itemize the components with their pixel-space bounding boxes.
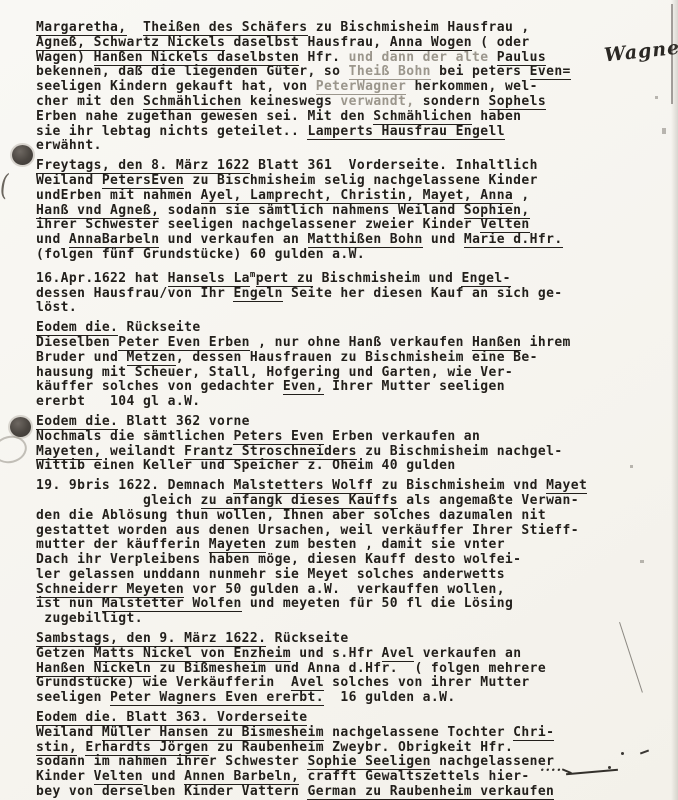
text-segment: Marie d.Hfr. <box>464 232 563 248</box>
text-segment: Eodem die. <box>36 414 118 430</box>
text-segment: Bruder und <box>36 350 127 365</box>
text-line: Eodem die. Rückseite <box>36 321 672 336</box>
text-line: Kinder Velten und Annen Barbeln, crafft … <box>36 770 672 785</box>
text-segment: Frantz Stroschneiders <box>184 444 357 460</box>
text-segment: Weiland <box>36 173 102 188</box>
text-segment: 19. 9bris 1622. Demnach <box>36 478 233 493</box>
text-segment: sie ihr lebtag nichts geteilet.. <box>36 124 307 139</box>
text-segment: Engeln <box>233 286 282 302</box>
text-line: den die Ablösung thun wollen, Ihnen aber… <box>36 509 672 524</box>
text-segment: Wittib einen Keller und Speicher z. Ohei… <box>36 458 456 473</box>
text-segment: ( oder <box>472 35 530 50</box>
text-segment: Even= <box>530 64 571 80</box>
text-segment: erwähnt. <box>36 138 102 153</box>
text-segment: und <box>423 232 464 247</box>
text-segment: Seite her diesen Kauf an sich ge- <box>283 286 563 301</box>
text-line: sie ihr lebtag nichts geteilet.. Lampert… <box>36 125 672 140</box>
text-segment: Velten <box>480 217 529 233</box>
text-segment: (folgen fünf Grundstücke) 60 gulden a.W. <box>36 247 365 262</box>
text-segment: Wagen) <box>36 50 94 65</box>
text-segment: Peters Even <box>233 429 324 445</box>
text-segment: haben <box>472 109 521 124</box>
text-line: Mayeten, weilandt Frantz Stroschneiders … <box>36 445 672 460</box>
text-segment <box>127 20 143 35</box>
text-segment: , nur ohne Hanß verkaufen <box>250 335 472 350</box>
pencil-circle-mark <box>0 432 30 466</box>
text-segment: Metzen <box>127 350 176 366</box>
text-segment: Dieselben <box>36 335 118 350</box>
text-segment: sondern <box>414 94 488 109</box>
text-segment: Hanßen Nickeln <box>36 661 151 677</box>
text-segment: Blatt 361 Vorderseite. Inhaltlich <box>250 158 538 173</box>
text-segment: gleich <box>36 493 201 508</box>
text-segment: zum besten , damit sie vnter <box>266 537 505 552</box>
text-line: undErben mit nahmen Ayel, Lamprecht, Chr… <box>36 189 672 204</box>
text-segment: Paulus <box>497 50 546 66</box>
paragraph: Margaretha, Theißen des Schäfers zu Bisc… <box>36 21 672 154</box>
text-line: und AnnaBarbeln und verkaufen an Matthiß… <box>36 233 672 248</box>
text-line: Freytags, den 8. März 1622 Blatt 361 Vor… <box>36 159 672 174</box>
text-line: Grundstücke) wie Verkäufferin Avel solch… <box>36 676 672 691</box>
text-segment: Mayeten, <box>36 444 102 460</box>
text-line: (folgen fünf Grundstücke) 60 gulden a.W. <box>36 248 672 263</box>
text-line: Margaretha, Theißen des Schäfers zu Bisc… <box>36 21 672 36</box>
text-segment: Agneß, Schwartz Nickels <box>36 35 225 51</box>
text-segment: , <box>513 188 529 203</box>
text-segment: seeligen <box>36 690 110 705</box>
text-line: Eodem die. Blatt 362 vorne <box>36 415 672 430</box>
document-page: Wagner ( .... Margaretha, Theißen des Sc… <box>0 0 678 800</box>
text-line: seeligen Kindern gekauft hat, von PeterW… <box>36 80 672 95</box>
text-line: ererbt 104 gl a.W. <box>36 395 672 410</box>
text-line: sodann im nahmen ihrer Schwester Sophie … <box>36 755 672 770</box>
paragraph: Sambstags, den 9. März 1622. RückseiteGe… <box>36 632 672 706</box>
text-segment: Theißen des Schäfers <box>143 20 308 36</box>
text-segment: seeligen Kindern gekauft hat, von <box>36 79 316 94</box>
paragraph: Eodem die. RückseiteDieselben Peter Even… <box>36 321 672 410</box>
text-segment: und <box>36 232 69 247</box>
text-segment: Sambstags, den 9. März 1622. <box>36 631 266 647</box>
text-segment: Ayel, Lamprecht, Christin, Mayet, Anna <box>201 188 514 204</box>
text-segment: 16 gulden a.W. <box>324 690 456 705</box>
text-segment: ler gelassen unddann nunmehr sie Meyet s… <box>36 567 505 582</box>
text-segment: und verkaufen an <box>159 232 307 247</box>
text-line: mutter der käufferin Mayeten zum besten … <box>36 538 672 553</box>
paragraph: 19. 9bris 1622. Demnach Malstetters Wolf… <box>36 479 672 627</box>
text-segment: verkaufen an <box>414 646 521 661</box>
text-segment: Velten <box>94 769 143 785</box>
text-segment: vor 50 gulden a.W. verkauffen wollen, <box>184 582 505 597</box>
text-segment: zu Bischmisheim selig nachgelassene Kind… <box>184 173 538 188</box>
text-segment: nachgelassene Tochter <box>324 725 513 740</box>
text-line: ist nun Malstetter Wolfen und meyeten fü… <box>36 597 672 612</box>
paragraph: 16.Apr.1622 hat Hansels Lampert zu Bisch… <box>36 268 672 316</box>
text-segment: Müller Hansen zu Bismesheim <box>102 725 324 741</box>
text-line: erwähnt. <box>36 139 672 154</box>
text-segment: nachgelassener <box>431 754 554 769</box>
text-line: Nochmals die sämtlichen Peters Even Erbe… <box>36 430 672 445</box>
text-segment: zugebilligt. <box>36 611 143 626</box>
text-segment: hausung mit Scheuer, Stall, Hofgering un… <box>36 365 513 380</box>
text-segment: käuffer solches von gedachter <box>36 379 283 394</box>
text-segment: als angemaßte Verwan- <box>398 493 579 508</box>
text-line: Schneiderr Meyeten vor 50 gulden a.W. ve… <box>36 583 672 598</box>
text-segment: weilandt <box>102 444 184 459</box>
text-line: gestattet worden aus denen Ursachen, wei… <box>36 524 672 539</box>
text-segment: verwandt, <box>340 94 414 109</box>
text-segment: German zu Raubenheim verkaufen <box>307 784 554 800</box>
handwritten-paren-mark: ( <box>0 170 9 203</box>
text-segment: und s.Hfr <box>291 646 382 661</box>
text-segment: zu Bischmisheim vnd <box>373 478 546 493</box>
text-block: Margaretha, Theißen des Schäfers zu Bisc… <box>36 21 672 800</box>
text-segment: Mayeten <box>209 537 267 553</box>
text-line: cher mit den Schmählichen keineswegs ver… <box>36 95 672 110</box>
text-segment: undErben mit nahmen <box>36 188 201 203</box>
text-segment: Avel <box>382 646 415 662</box>
text-line: seeligen Peter Wagners Even ererbt. 16 g… <box>36 691 672 706</box>
text-segment: zu Bißmesheim und Anna d.Hfr. ( folgen m… <box>151 661 546 676</box>
text-segment: dessen Hausfrau/von Ihr <box>36 286 233 301</box>
text-line: gleich zu anfangk dieses Kauffs als ange… <box>36 494 672 509</box>
text-segment: ererbt 104 gl a.W. <box>36 394 201 409</box>
text-segment: Erben verkaufen an <box>324 429 480 444</box>
text-segment: keineswegs <box>242 94 341 109</box>
text-segment: Erben nahe zugethan gewesen sei. Mit den <box>36 109 373 124</box>
text-segment: Getzen <box>36 646 94 661</box>
text-segment: Engel- <box>461 271 510 287</box>
text-line: Hanßen Nickeln zu Bißmesheim und Anna d.… <box>36 662 672 677</box>
text-line: Weiland Müller Hansen zu Bismesheim nach… <box>36 726 672 741</box>
text-segment: Hansels La <box>168 271 250 287</box>
text-line: käuffer solches von gedachter Even, Ihre… <box>36 380 672 395</box>
text-segment: Peter Wagners Even ererbt. <box>110 690 324 706</box>
text-segment: Rückseite <box>266 631 348 646</box>
text-segment: gestattet worden aus denen Ursachen, wei… <box>36 523 579 538</box>
text-segment: Malstetter Wolfen <box>102 596 242 612</box>
text-segment: und dann der alte <box>349 50 497 65</box>
text-segment: den die Ablösung thun wollen, Ihnen aber… <box>36 508 546 523</box>
text-line: ler gelassen unddann nunmehr sie Meyet s… <box>36 568 672 583</box>
text-line: Wittib einen Keller und Speicher z. Ohei… <box>36 459 672 474</box>
text-segment: sodann sie sämtlich nahmens Weiland <box>159 203 463 218</box>
text-segment: löst. <box>36 300 77 315</box>
text-segment: Eodem die. Blatt 363. Vorderseite <box>36 710 307 726</box>
text-line: Dach ihr Verpleibens haben möge, diesen … <box>36 553 672 568</box>
text-segment: Rückseite <box>118 320 200 335</box>
text-line: löst. <box>36 301 672 316</box>
text-segment: zu anfangk dieses Kauffs <box>201 493 398 509</box>
text-line: Sambstags, den 9. März 1622. Rückseite <box>36 632 672 647</box>
text-segment: Grundstücke) wie Verkäufferin <box>36 675 291 690</box>
text-segment: Freytags, den 8. März 1622 <box>36 158 250 174</box>
text-line: Hanß vnd Agneß, sodann sie sämtlich nahm… <box>36 204 672 219</box>
paragraph: Eodem die. Blatt 362 vorneNochmals die s… <box>36 415 672 474</box>
text-segment: Matthißen Bohn <box>308 232 423 248</box>
text-segment: mutter der käufferin <box>36 537 209 552</box>
text-line: hausung mit Scheuer, Stall, Hofgering un… <box>36 366 672 381</box>
text-segment: herkommen, wel- <box>406 79 538 94</box>
text-segment: Hanß vnd Agneß, <box>36 203 159 219</box>
text-segment: Bischmisheim und <box>313 271 461 286</box>
text-segment: sodann im nahmen ihrer Schwester <box>36 754 307 769</box>
text-segment: Erhardts Jörgen <box>85 740 208 756</box>
text-segment: bey von derselben Kinder Vattern <box>36 784 307 799</box>
text-segment: Malstetters Wolff <box>233 478 373 494</box>
text-line: zugebilligt. <box>36 612 672 627</box>
text-segment: ihrem <box>521 335 570 350</box>
text-segment: solches von ihrer Mutter <box>324 675 530 690</box>
text-segment: Schneiderr Meyeten <box>36 582 184 598</box>
text-line: 19. 9bris 1622. Demnach Malstetters Wolf… <box>36 479 672 494</box>
text-line: 16.Apr.1622 hat Hansels Lampert zu Bisch… <box>36 268 672 287</box>
text-segment: ist nun <box>36 596 102 611</box>
paragraph: Eodem die. Blatt 363. VorderseiteWeiland… <box>36 711 672 800</box>
text-line: Bruder und Metzen, dessen Hausfrauen zu … <box>36 351 672 366</box>
text-segment: Ihrer Mutter seeligen <box>324 379 505 394</box>
text-segment: Hanßen <box>472 335 521 351</box>
text-segment: Kinder <box>36 769 94 784</box>
text-segment: PetersEven <box>102 173 184 189</box>
text-segment: Hfr. <box>299 50 348 65</box>
text-segment: bekennen, daß die liegenden Güter, so <box>36 64 349 79</box>
text-segment: und meyeten für 50 fl die Lösing <box>242 596 513 611</box>
text-segment: Sophien, <box>464 203 530 219</box>
text-segment: Schmählichen <box>373 109 472 125</box>
text-segment: zu Bischmisheim nachgel- <box>357 444 563 459</box>
text-line: Agneß, Schwartz Nickels daselbst Hausfra… <box>36 36 672 51</box>
text-line: Erben nahe zugethan gewesen sei. Mit den… <box>36 110 672 125</box>
text-segment: Sophie Seeligen <box>307 754 430 770</box>
text-segment: stin, <box>36 740 77 756</box>
text-segment: und <box>143 769 184 784</box>
text-segment: Schmählichen <box>143 94 242 110</box>
text-segment: Peter Even Erben <box>118 335 250 351</box>
text-segment: cher mit den <box>36 94 143 109</box>
text-segment: bei peters <box>431 64 530 79</box>
text-line: Dieselben Peter Even Erben , nur ohne Ha… <box>36 336 672 351</box>
text-segment: Matts Nickel von Enzheim <box>94 646 291 662</box>
text-line: bekennen, daß die liegenden Güter, so Th… <box>36 65 672 80</box>
text-segment: Nochmals die sämtlichen <box>36 429 233 444</box>
text-line: Getzen Matts Nickel von Enzheim und s.Hf… <box>36 647 672 662</box>
text-segment: Sophels <box>489 94 547 110</box>
text-segment: , dessen Hausfrauen zu Bischmisheim eine… <box>176 350 538 365</box>
text-segment: Annen Barbeln, <box>184 769 299 785</box>
text-segment: zu Bischmisheim Hausfrau , <box>308 20 530 35</box>
text-segment: PeterWagner <box>316 79 407 95</box>
text-line: Weiland PetersEven zu Bischmisheim selig… <box>36 174 672 189</box>
text-segment: Even, <box>283 379 324 395</box>
text-segment: Anna Wogen <box>390 35 472 51</box>
text-segment: zu Raubenheim Zweybr. Obrigkeit Hfr. <box>209 740 513 755</box>
text-line: bey von derselben Kinder Vattern German … <box>36 785 672 800</box>
text-segment: ihrer Schwester seeligen nachgelassener … <box>36 217 480 232</box>
text-line: stin, Erhardts Jörgen zu Raubenheim Zwey… <box>36 741 672 756</box>
text-line: ihrer Schwester seeligen nachgelassener … <box>36 218 672 233</box>
text-segment: 16.Apr.1622 hat <box>36 271 168 286</box>
text-segment: Dach ihr Verpleibens haben möge, diesen … <box>36 552 521 567</box>
text-segment: pert zu <box>256 271 314 287</box>
text-segment: Lamperts Hausfrau Engell <box>307 124 504 140</box>
text-segment: Theiß Bohn <box>349 64 431 80</box>
text-line: Wagen) Hanßen Nickels daselbsten Hfr. un… <box>36 51 672 66</box>
text-segment: m <box>250 270 256 280</box>
punch-hole <box>10 417 31 437</box>
text-segment: crafft Gewaltszettels hier- <box>299 769 529 784</box>
paragraph: Freytags, den 8. März 1622 Blatt 361 Vor… <box>36 159 672 263</box>
text-segment: Hanßen Nickels daselbsten <box>94 50 300 66</box>
text-segment: daselbst Hausfrau, <box>225 35 390 50</box>
text-segment: Weiland <box>36 725 102 740</box>
text-segment: Chri- <box>513 725 554 741</box>
text-segment: Avel <box>291 675 324 691</box>
text-segment: Mayet <box>546 478 587 494</box>
punch-hole <box>12 145 33 165</box>
text-segment: Margaretha, <box>36 20 127 36</box>
text-segment: Blatt 362 vorne <box>118 414 250 429</box>
text-segment: Eodem die. <box>36 320 118 336</box>
text-line: Eodem die. Blatt 363. Vorderseite <box>36 711 672 726</box>
text-line: dessen Hausfrau/von Ihr Engeln Seite her… <box>36 287 672 302</box>
text-segment: AnnaBarbeln <box>69 232 160 248</box>
